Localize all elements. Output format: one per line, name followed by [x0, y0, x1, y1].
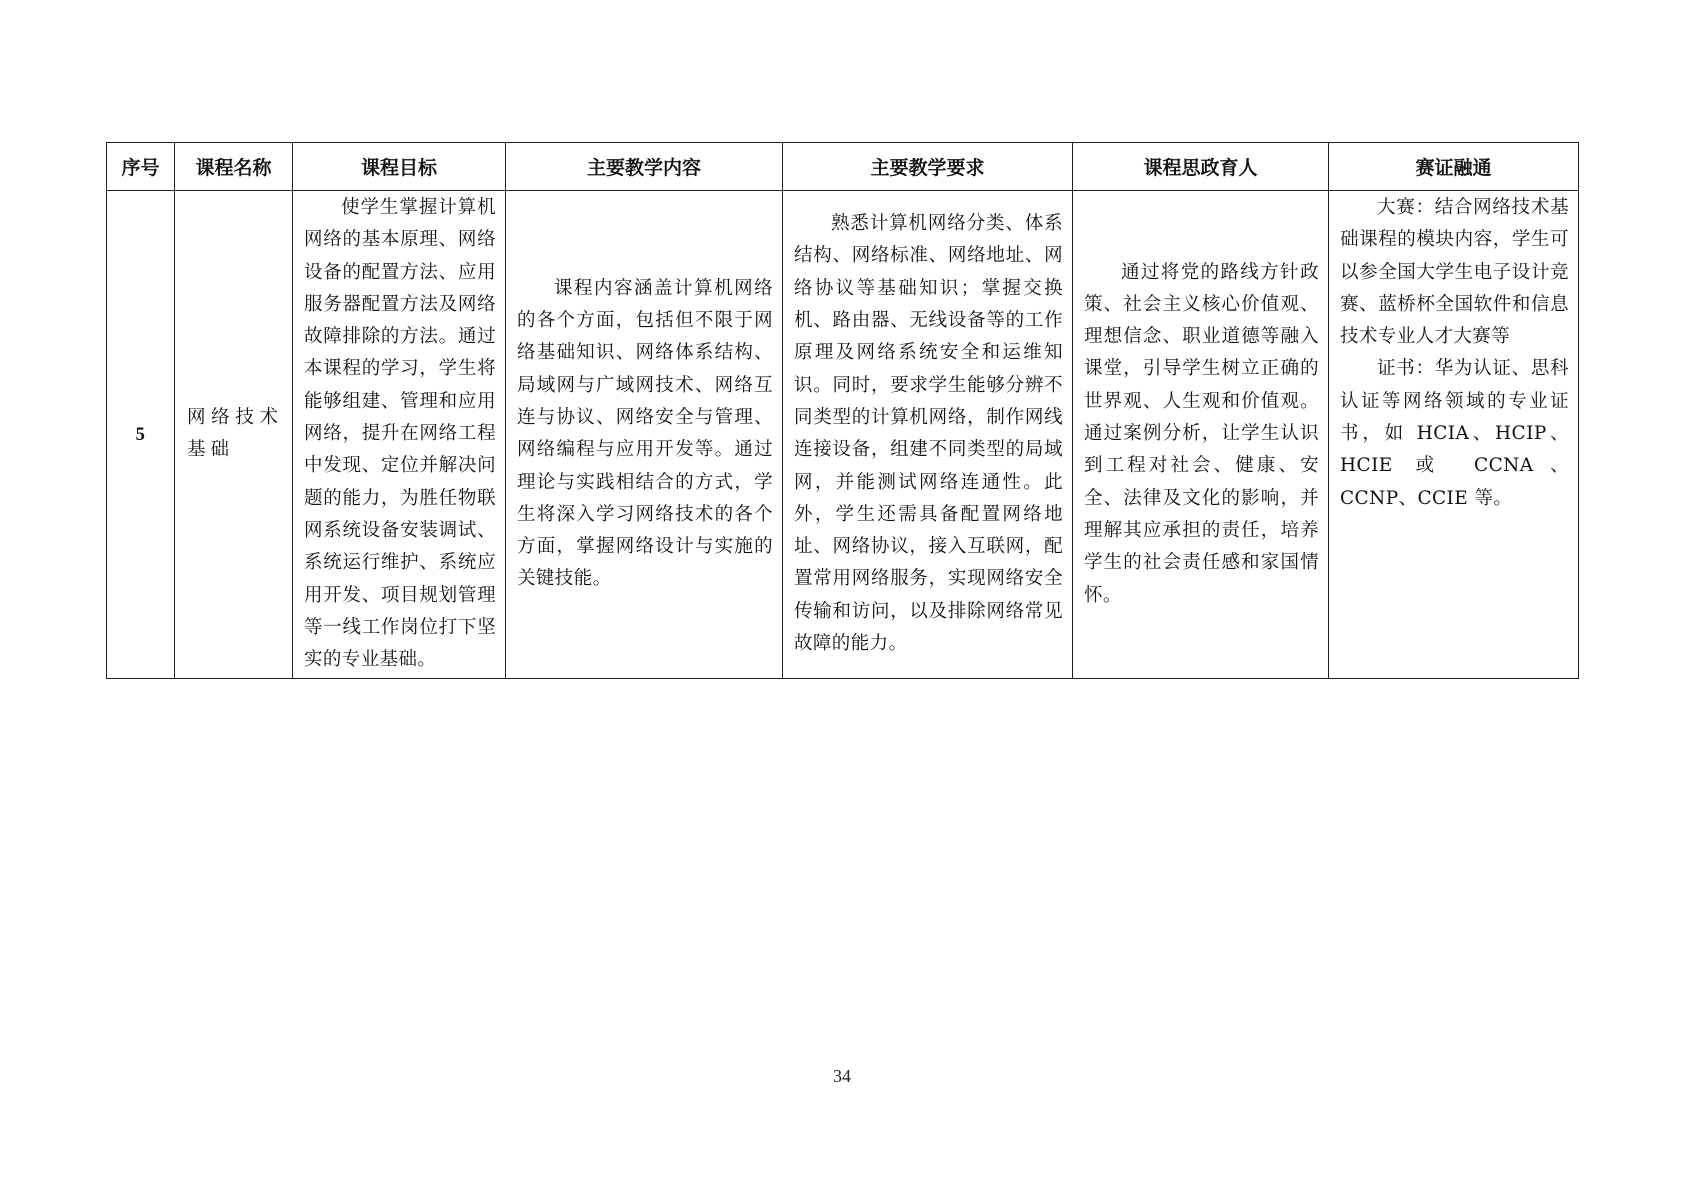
header-ideology: 课程思政育人	[1073, 143, 1329, 191]
objectives-text: 使学生掌握计算机网络的基本原理、网络设备的配置方法、应用服务器配置方法及网络故障…	[304, 192, 496, 676]
header-content: 主要教学内容	[506, 143, 783, 191]
cell-requirements: 熟悉计算机网络分类、体系结构、网络标准、网络地址、网络协议等基础知识；掌握交换机…	[783, 191, 1073, 679]
certificate-text: 证书：华为认证、思科认证等网络领域的专业证书，如 HCIA、HCIP、HCIE …	[1340, 353, 1569, 514]
content-text: 课程内容涵盖计算机网络的各个方面，包括但不限于网络基础知识、网络体系结构、局域网…	[517, 273, 773, 596]
table-header-row: 序号 课程名称 课程目标 主要教学内容 主要教学要求 课程思政育人 赛证融通	[107, 143, 1579, 191]
cell-content: 课程内容涵盖计算机网络的各个方面，包括但不限于网络基础知识、网络体系结构、局域网…	[506, 191, 783, 679]
course-table: 序号 课程名称 课程目标 主要教学内容 主要教学要求 课程思政育人 赛证融通 5…	[106, 142, 1579, 679]
cell-competition-cert: 大赛：结合网络技术基础课程的模块内容，学生可以参全国大学生电子设计竞赛、蓝桥杯全…	[1329, 191, 1579, 679]
document-page: 序号 课程名称 课程目标 主要教学内容 主要教学要求 课程思政育人 赛证融通 5…	[0, 0, 1684, 1191]
cell-course-name: 网络技术基础	[175, 191, 293, 679]
header-competition-cert: 赛证融通	[1329, 143, 1579, 191]
cell-number: 5	[107, 191, 175, 679]
header-requirements: 主要教学要求	[783, 143, 1073, 191]
page-number: 34	[0, 1066, 1684, 1087]
header-number: 序号	[107, 143, 175, 191]
cell-ideology: 通过将党的路线方针政策、社会主义核心价值观、理想信念、职业道德等融入课堂，引导学…	[1073, 191, 1329, 679]
cell-objectives: 使学生掌握计算机网络的基本原理、网络设备的配置方法、应用服务器配置方法及网络故障…	[293, 191, 506, 679]
header-course-name: 课程名称	[175, 143, 293, 191]
ideology-text: 通过将党的路线方针政策、社会主义核心价值观、理想信念、职业道德等融入课堂，引导学…	[1084, 257, 1319, 612]
header-objectives: 课程目标	[293, 143, 506, 191]
requirements-text: 熟悉计算机网络分类、体系结构、网络标准、网络地址、网络协议等基础知识；掌握交换机…	[794, 208, 1063, 660]
table-row: 5 网络技术基础 使学生掌握计算机网络的基本原理、网络设备的配置方法、应用服务器…	[107, 191, 1579, 679]
competition-text: 大赛：结合网络技术基础课程的模块内容，学生可以参全国大学生电子设计竞赛、蓝桥杯全…	[1340, 192, 1569, 353]
